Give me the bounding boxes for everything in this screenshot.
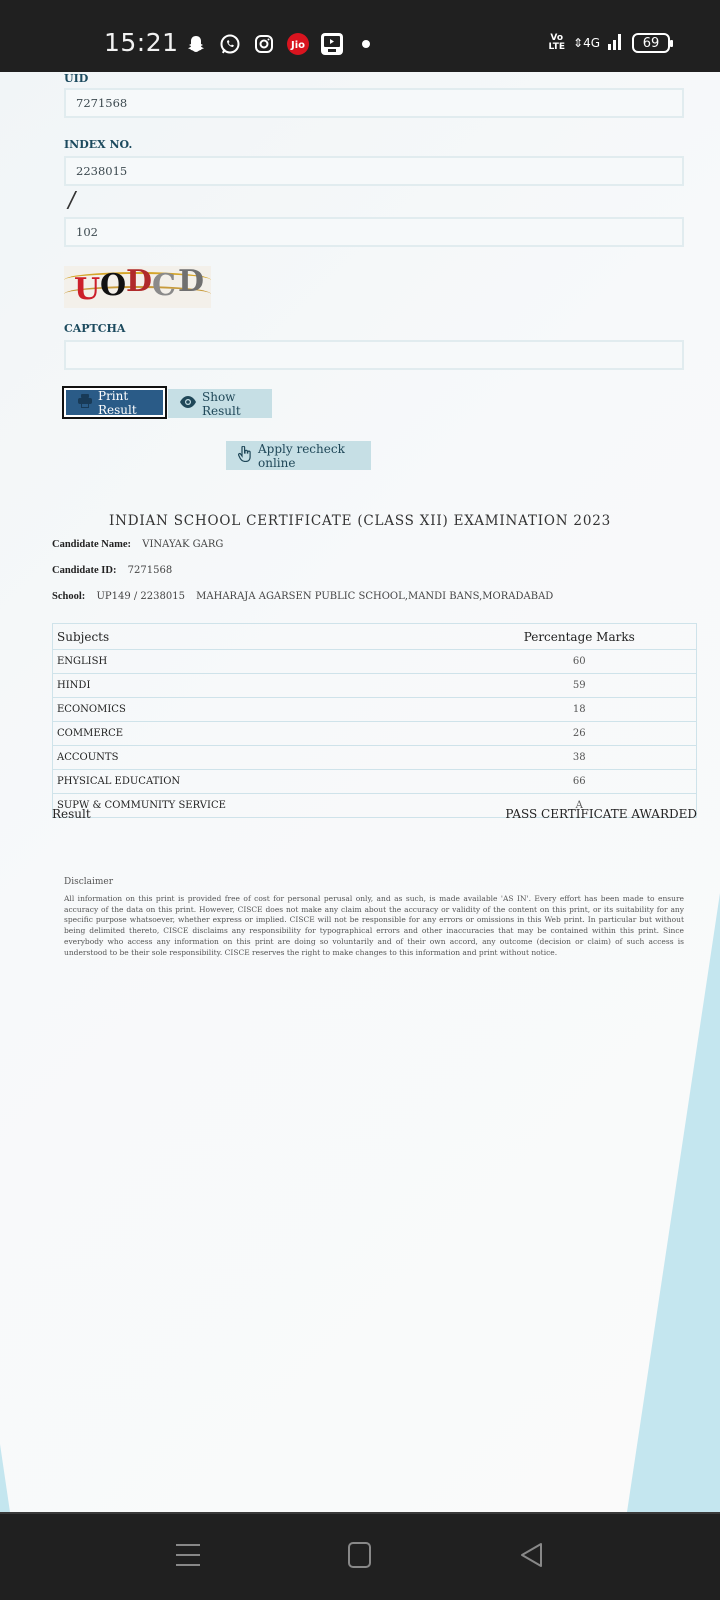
jio-icon: Jio bbox=[286, 32, 310, 56]
disclaimer-title: Disclaimer bbox=[64, 877, 113, 887]
index-suffix-input[interactable]: 102 bbox=[64, 217, 684, 247]
recents-menu-icon bbox=[175, 1542, 201, 1572]
school-label: School: bbox=[52, 591, 85, 602]
subject-cell: PHYSICAL EDUCATION bbox=[53, 770, 463, 794]
recents-button[interactable] bbox=[158, 1514, 218, 1600]
candidate-id: 7271568 bbox=[128, 565, 173, 576]
notification-icons: Jio bbox=[184, 32, 378, 56]
table-row: COMMERCE26 bbox=[53, 722, 697, 746]
apply-recheck-button[interactable]: Apply recheck online bbox=[226, 441, 371, 470]
table-row: ACCOUNTS38 bbox=[53, 746, 697, 770]
hand-pointer-icon bbox=[238, 446, 252, 465]
school-row: School: UP149 / 2238015 MAHARAJA AGARSEN… bbox=[52, 591, 553, 602]
result-value: PASS CERTIFICATE AWARDED bbox=[505, 807, 697, 821]
web-page: UID 7271568 INDEX NO. 2238015 / 102 U O … bbox=[0, 72, 720, 1512]
marks-cell: 18 bbox=[463, 698, 697, 722]
subject-cell: ECONOMICS bbox=[53, 698, 463, 722]
printer-icon bbox=[78, 394, 92, 411]
table-header: Subjects Percentage Marks bbox=[53, 624, 697, 650]
table-row: HINDI59 bbox=[53, 674, 697, 698]
volte-indicator: Vo LTE bbox=[548, 34, 565, 52]
print-result-button[interactable]: Print Result bbox=[64, 388, 165, 417]
captcha-image: U O D C D bbox=[64, 266, 211, 308]
marks-table: Subjects Percentage Marks ENGLISH60HINDI… bbox=[52, 623, 697, 818]
index-separator: / bbox=[66, 188, 78, 213]
candidate-id-row: Candidate ID: 7271568 bbox=[52, 565, 172, 576]
subject-cell: HINDI bbox=[53, 674, 463, 698]
marks-cell: 26 bbox=[463, 722, 697, 746]
apply-recheck-label: Apply recheck online bbox=[258, 442, 359, 470]
back-button[interactable] bbox=[502, 1514, 562, 1600]
system-indicators: Vo LTE ⇕4G 69 bbox=[548, 32, 670, 54]
battery-level: 69 bbox=[643, 36, 660, 51]
index-label: INDEX NO. bbox=[64, 138, 132, 151]
school-code: UP149 / 2238015 bbox=[96, 591, 185, 602]
header-percentage: Percentage Marks bbox=[463, 624, 697, 650]
signal-icon bbox=[608, 32, 624, 54]
marks-cell: 59 bbox=[463, 674, 697, 698]
captcha-label: CAPTCHA bbox=[64, 322, 125, 335]
exam-title: INDIAN SCHOOL CERTIFICATE (CLASS XII) EX… bbox=[0, 513, 720, 529]
network-type: ⇕4G bbox=[573, 36, 600, 50]
disclaimer-text: All information on this print is provide… bbox=[64, 894, 684, 958]
subject-cell: ACCOUNTS bbox=[53, 746, 463, 770]
result-label: Result bbox=[52, 807, 91, 821]
captcha-input[interactable] bbox=[64, 340, 684, 370]
navigation-bar bbox=[0, 1512, 720, 1600]
table-row: ENGLISH60 bbox=[53, 650, 697, 674]
subject-cell: COMMERCE bbox=[53, 722, 463, 746]
result-row: Result PASS CERTIFICATE AWARDED bbox=[52, 807, 697, 821]
network-label: 4G bbox=[583, 36, 600, 50]
dot-icon bbox=[354, 32, 378, 56]
whatsapp-icon bbox=[218, 32, 242, 56]
marks-cell: 60 bbox=[463, 650, 697, 674]
candidate-id-label: Candidate ID: bbox=[52, 565, 116, 576]
candidate-name-label: Candidate Name: bbox=[52, 539, 131, 550]
table-row: ECONOMICS18 bbox=[53, 698, 697, 722]
volte-bottom: LTE bbox=[548, 43, 565, 52]
uid-input[interactable]: 7271568 bbox=[64, 88, 684, 118]
home-button[interactable] bbox=[330, 1514, 390, 1600]
table-row: PHYSICAL EDUCATION66 bbox=[53, 770, 697, 794]
print-result-label: Print Result bbox=[98, 389, 151, 417]
back-icon bbox=[519, 1542, 545, 1572]
index-number-input[interactable]: 2238015 bbox=[64, 156, 684, 186]
candidate-name: VINAYAK GARG bbox=[142, 539, 223, 550]
eye-icon bbox=[180, 396, 196, 411]
show-result-label: Show Result bbox=[202, 390, 260, 418]
subject-cell: ENGLISH bbox=[53, 650, 463, 674]
instagram-icon bbox=[252, 32, 276, 56]
school-name: MAHARAJA AGARSEN PUBLIC SCHOOL,MANDI BAN… bbox=[196, 591, 553, 602]
uid-label: UID bbox=[64, 72, 88, 85]
svg-text:Jio: Jio bbox=[290, 40, 305, 51]
candidate-name-row: Candidate Name: VINAYAK GARG bbox=[52, 539, 223, 550]
clock: 15:21 bbox=[104, 28, 179, 57]
snapchat-icon bbox=[184, 32, 208, 56]
media-player-icon bbox=[320, 32, 344, 56]
battery-icon: 69 bbox=[632, 33, 670, 53]
header-subjects: Subjects bbox=[53, 624, 463, 650]
show-result-button[interactable]: Show Result bbox=[168, 389, 272, 418]
marks-cell: 66 bbox=[463, 770, 697, 794]
home-icon bbox=[347, 1542, 373, 1572]
status-bar: 15:21 Jio Vo LTE ⇕4G 69 bbox=[0, 0, 720, 72]
marks-cell: 38 bbox=[463, 746, 697, 770]
